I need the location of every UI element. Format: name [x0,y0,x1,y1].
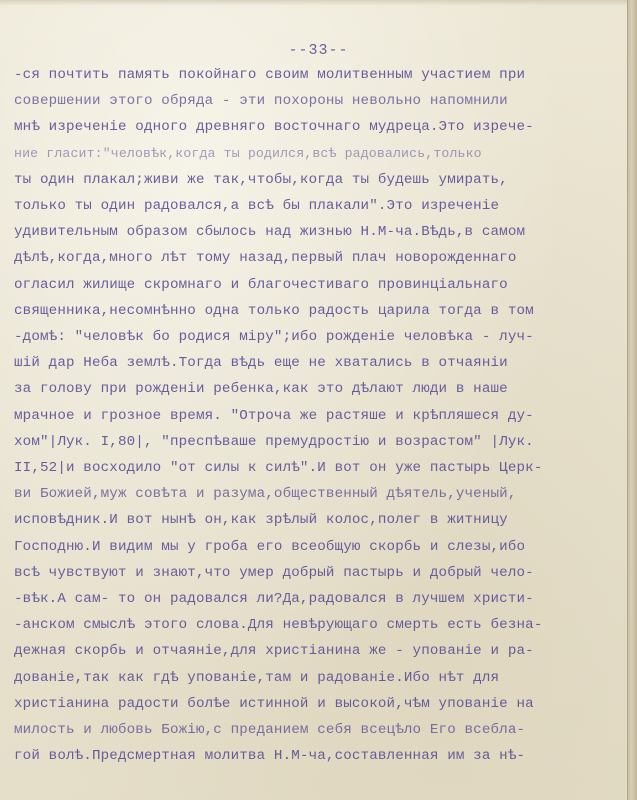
text-line: гой волѣ.Предсмертная молитва Н.М-ча,сос… [14,743,626,769]
text-line: дежная скорбь и отчаяніе,для христіанина… [14,638,626,664]
paper-top-edge [0,0,637,6]
text-line: священника,несомнѣнно одна только радост… [14,298,626,324]
text-line: мнѣ изреченіе одного древняго восточнаго… [14,114,626,140]
page-number: --33-- [0,42,637,59]
text-line: -ся почтить память покойнаго своим молит… [14,62,626,88]
text-line: исповѣдник.И вот нынѣ он,как зрѣлый коло… [14,507,626,533]
text-line: милость и любовь Божію,с преданием себя … [14,717,626,743]
text-line: всѣ чувствуют и знают,что умер добрый па… [14,560,626,586]
text-line: -вѣк.А сам- то он радовался ли?Да,радова… [14,586,626,612]
typewritten-page: --33-- -ся почтить память покойнаго свои… [0,0,637,800]
text-line: только ты один радовался,а всѣ бы плакал… [14,193,626,219]
text-line: -домѣ: "человѣк бо родися міру";ибо рожд… [14,324,626,350]
text-line: совершении этого обряда - эти похороны н… [14,88,626,114]
paper-right-edge [627,0,637,800]
text-line: -анском смыслѣ этого слова.Для невѣрующа… [14,612,626,638]
text-line: ты один плакал;живи же так,чтобы,когда т… [14,167,626,193]
text-line: дованіе,так как гдѣ упованіе,там и радов… [14,665,626,691]
text-line: удивительным образом сбылось над жизнью … [14,219,626,245]
text-line: ние гласит:"человѣк,когда ты родился,всѣ… [14,141,626,167]
text-line: огласил жилище скромнаго и благочестиваг… [14,272,626,298]
text-line: христіанина радости болѣе истинной и выс… [14,691,626,717]
text-line: хом"|Лук. I,80|, "преспѣваше премудрості… [14,429,626,455]
text-line: ви Божией,муж совѣта и разума,общественн… [14,481,626,507]
text-line: Господню.И видим мы у гроба его всеобщую… [14,534,626,560]
text-line: II,52|и восходило "от силы к силѣ".И вот… [14,455,626,481]
text-line: за голову при рожденіи ребенка,как это д… [14,376,626,402]
text-line: дѣлѣ,когда,много лѣт тому назад,первый п… [14,245,626,271]
text-line: мрачное и грозное время. "Отроча же раст… [14,403,626,429]
body-text: -ся почтить память покойнаго своим молит… [14,62,626,769]
text-line: шій дар Неба землѣ.Тогда вѣдь еще не хва… [14,350,626,376]
